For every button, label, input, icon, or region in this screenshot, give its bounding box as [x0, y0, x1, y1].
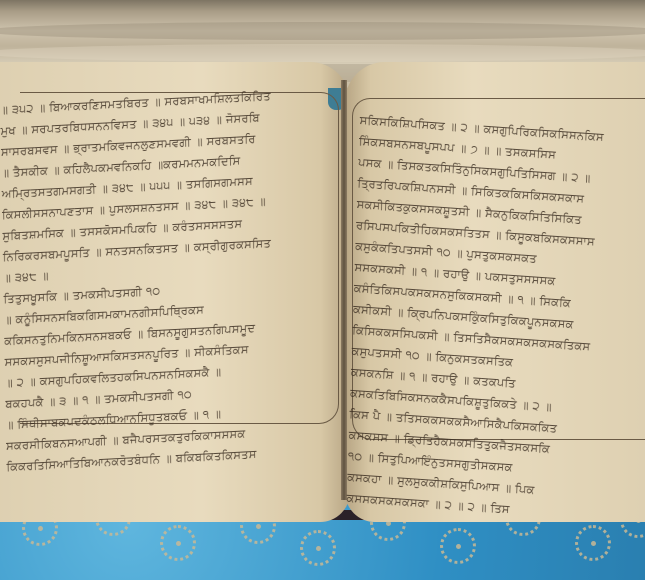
fabric-circle-motif [440, 528, 476, 564]
cloth-fold [0, 44, 645, 62]
fabric-circle-motif [160, 525, 196, 561]
photo-scene: ॥ ੩੫੨ ॥ ਬਿਆਕਰਣਿਸਮਤਬਿਰਤ ॥ ਸਰਬਸਾਖਮਸ਼ਿਲਤਕਿਰ… [0, 0, 645, 580]
fabric-circle-motif [300, 530, 336, 566]
right-page-text: ਸਕਿਸਕਿਸ਼ਿਪਸਿਕਤ ॥ ੨ ॥ ਕਸਗੁਪਿਰਿਕਸਿਕਸਿਸਨਕਿਸ… [346, 110, 645, 530]
left-page-text: ॥ ੩੫੨ ॥ ਬਿਆਕਰਣਿਸਮਤਬਿਰਤ ॥ ਸਰਬਸਾਖਮਸ਼ਿਲਤਕਿਰ… [0, 83, 338, 479]
book-gutter [341, 80, 347, 500]
fabric-circle-motif [575, 525, 611, 561]
cloth-fold [0, 22, 645, 40]
